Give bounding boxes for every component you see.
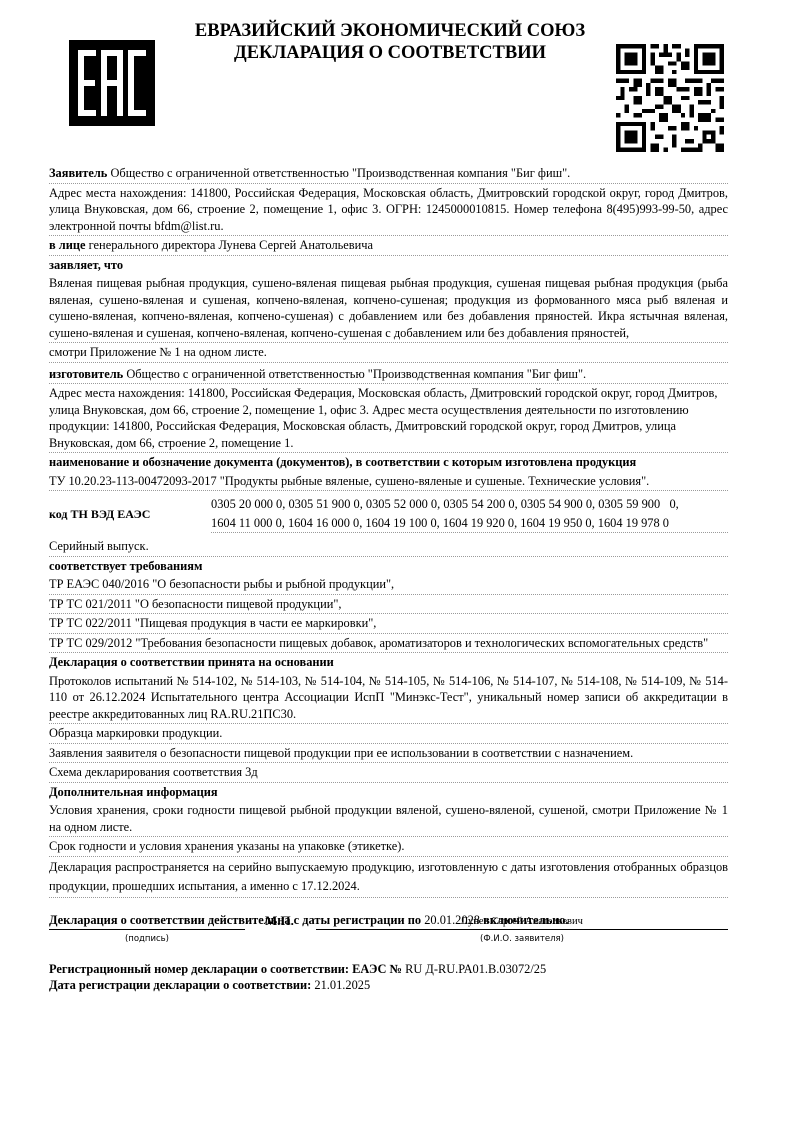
basis-item: Схема декларирования соответствия 3д	[49, 763, 728, 783]
applicant-row: Заявитель Общество с ограниченной ответс…	[49, 164, 728, 184]
requirements-label: соответствует требованиям	[49, 557, 728, 576]
signature-caption: (подпись)	[49, 931, 245, 948]
product-description: Вяленая пищевая рыбная продукция, сушено…	[49, 274, 728, 343]
eac-mark-icon	[69, 40, 155, 126]
basis-item: Заявления заявителя о безопасности пищев…	[49, 744, 728, 764]
signer-line	[316, 929, 728, 930]
seal-placeholder: М.П.	[265, 913, 294, 930]
represented-label: в лице	[49, 238, 86, 252]
requirement-item: ТР ТС 022/2011 "Пищевая продукция в част…	[49, 614, 728, 634]
requirement-item: ТР ТС 021/2011 "О безопасности пищевой п…	[49, 595, 728, 615]
registration-date-row: Дата регистрации декларации о соответств…	[49, 977, 546, 993]
additional-item: Срок годности и условия хранения указаны…	[49, 837, 728, 857]
additional-item: Декларация распространяется на серийно в…	[49, 857, 728, 898]
represented-row: в лице генерального директора Лунева Сер…	[49, 236, 728, 256]
title-union: ЕВРАЗИЙСКИЙ ЭКОНОМИЧЕСКИЙ СОЮЗ	[170, 20, 610, 42]
applicant-name: Общество с ограниченной ответственностью…	[110, 166, 570, 180]
registration-date-label: Дата регистрации декларации о соответств…	[49, 978, 311, 992]
standard-label: наименование и обозначение документа (до…	[49, 453, 728, 472]
product-appendix: смотри Приложение № 1 на одном листе.	[49, 343, 728, 363]
signer-caption: (Ф.И.О. заявителя)	[316, 931, 728, 948]
represented-by: генерального директора Лунева Сергей Ана…	[89, 238, 373, 252]
registration-number: RU Д-RU.РА01.В.03072/25	[405, 962, 546, 976]
signature-line	[49, 929, 245, 930]
additional-label: Дополнительная информация	[49, 783, 728, 802]
registration-date: 21.01.2025	[314, 978, 370, 992]
standard-value: ТУ 10.20.23-113-00472093-2017 "Продукты …	[49, 472, 728, 492]
applicant-label: Заявитель	[49, 166, 107, 180]
applicant-address: Адрес места нахождения: 141800, Российск…	[49, 184, 728, 237]
signature-block: (подпись) М.П. Лунев Сергей Анатольевич …	[49, 913, 728, 953]
qr-code-icon	[614, 44, 726, 152]
tnved-codes-line1: 0305 20 000 0, 0305 51 900 0, 0305 52 00…	[211, 495, 728, 514]
basis-item: Протоколов испытаний № 514-102, № 514-10…	[49, 672, 728, 725]
tnved-codes-line2: 1604 11 000 0, 1604 16 000 0, 1604 19 10…	[211, 514, 728, 534]
requirement-item: ТР ТС 029/2012 "Требования безопасности …	[49, 634, 728, 654]
manufacturer-row: изготовитель Общество с ограниченной отв…	[49, 365, 728, 385]
declares-label: заявляет, что	[49, 256, 728, 275]
document-title: ЕВРАЗИЙСКИЙ ЭКОНОМИЧЕСКИЙ СОЮЗ ДЕКЛАРАЦИ…	[170, 20, 610, 64]
additional-item: Условия хранения, сроки годности пищевой…	[49, 801, 728, 837]
registration-block: Регистрационный номер декларации о соотв…	[49, 961, 546, 993]
tnved-row: код ТН ВЭД ЕАЭС 0305 20 000 0, 0305 51 9…	[49, 494, 728, 534]
requirement-item: ТР ЕАЭС 040/2016 "О безопасности рыбы и …	[49, 575, 728, 595]
registration-number-row: Регистрационный номер декларации о соотв…	[49, 961, 546, 977]
tnved-codes: 0305 20 000 0, 0305 51 900 0, 0305 52 00…	[211, 495, 728, 533]
tnved-label: код ТН ВЭД ЕАЭС	[49, 506, 211, 523]
basis-item: Образца маркировки продукции.	[49, 724, 728, 744]
manufacturer-name: Общество с ограниченной ответственностью…	[126, 367, 586, 381]
registration-number-label: Регистрационный номер декларации о соотв…	[49, 962, 402, 976]
basis-label: Декларация о соответствии принята на осн…	[49, 653, 728, 672]
manufacturer-address: Адрес места нахождения: 141800, Российск…	[49, 384, 728, 453]
manufacturer-label: изготовитель	[49, 367, 123, 381]
release-type: Серийный выпуск.	[49, 537, 728, 557]
declaration-body: Заявитель Общество с ограниченной ответс…	[49, 164, 728, 928]
title-declaration: ДЕКЛАРАЦИЯ О СООТВЕТСТВИИ	[170, 42, 610, 64]
